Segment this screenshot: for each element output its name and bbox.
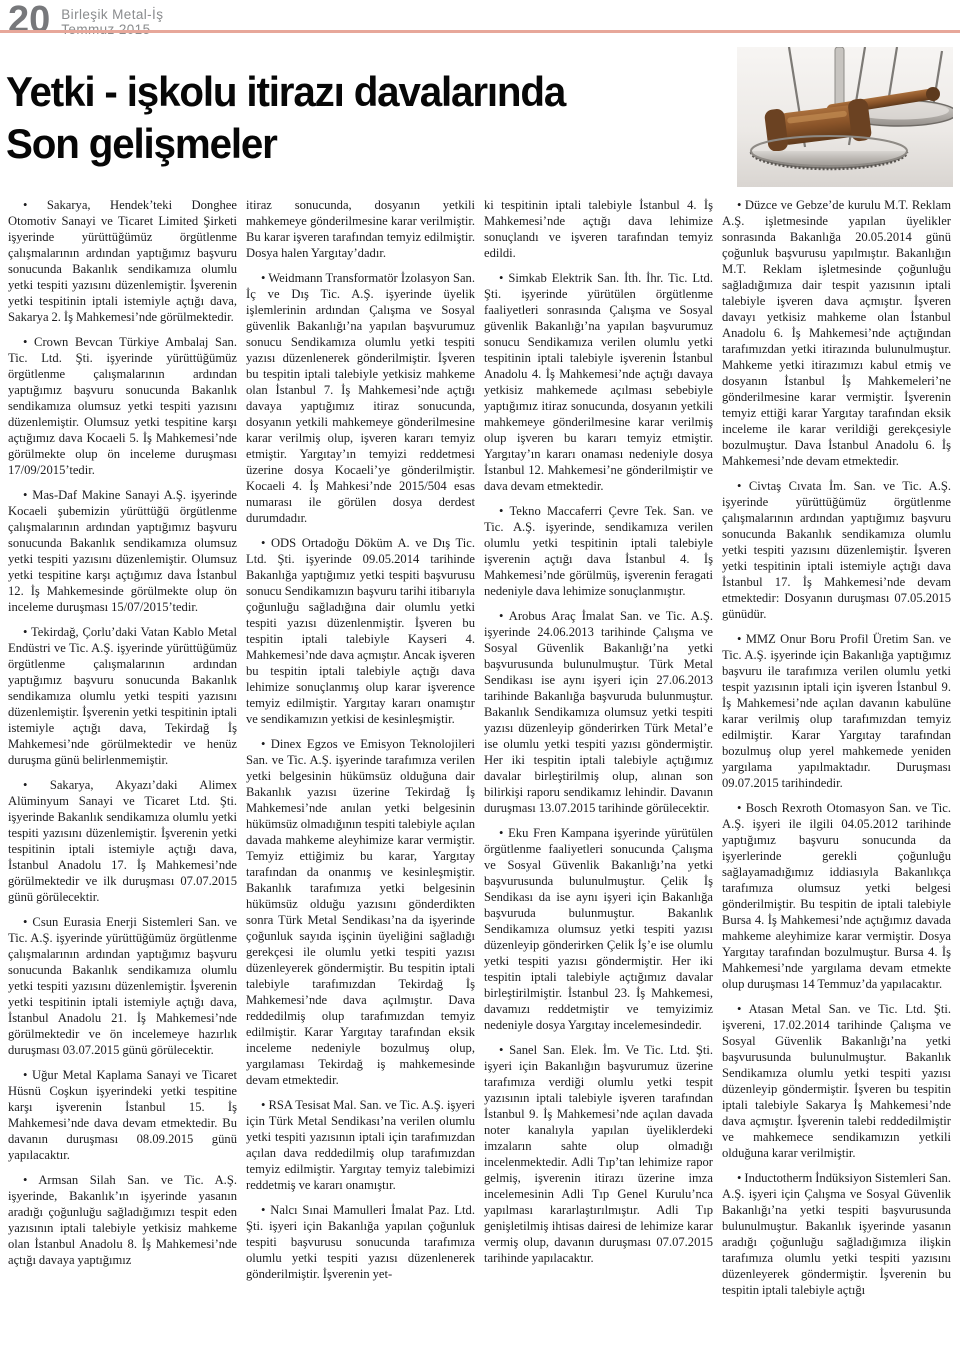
- article-paragraph: • Csun Eurasia Enerji Sistemleri San. ve…: [8, 914, 237, 1058]
- text-column-1: • Sakarya, Hendek’teki Donghee Otomotiv …: [8, 197, 237, 1346]
- article-paragraph: • Tekno Maccaferri Çevre Tek. San. ve Ti…: [484, 503, 713, 599]
- article-paragraph: • Bosch Rexroth Otomasyon San. ve Tic. A…: [722, 800, 951, 992]
- justice-scales-photo: [737, 47, 953, 187]
- article-paragraph: • RSA Tesisat Mal. San. ve Tic. A.Ş. işy…: [246, 1097, 475, 1193]
- article-paragraph: ki tespitinin iptali talebiyle İstanbul …: [484, 197, 713, 261]
- article-paragraph: • Nalcı Sınai Mamulleri İmalat Paz. Ltd.…: [246, 1202, 475, 1282]
- article-paragraph: • MMZ Onur Boru Profil Üretim San. ve Ti…: [722, 631, 951, 791]
- article-paragraph: • Düzce ve Gebze’de kurulu M.T. Reklam A…: [722, 197, 951, 469]
- article-paragraph: • Atasan Metal San. ve Tic. Ltd. Şti. iş…: [722, 1001, 951, 1161]
- article-paragraph: • Eku Fren Kampana işyerinde yürütülen ö…: [484, 825, 713, 1033]
- publication-name: Birleşik Metal-İş: [61, 7, 163, 22]
- text-column-4: • Düzce ve Gebze’de kurulu M.T. Reklam A…: [722, 197, 951, 1346]
- article-paragraph: • Armsan Silah San. ve Tic. A.Ş. işyerin…: [8, 1172, 237, 1268]
- article-paragraph: • Tekirdağ, Çorlu’daki Vatan Kablo Metal…: [8, 624, 237, 768]
- header-rule: [0, 30, 960, 33]
- article-paragraph: itiraz sonucunda, dosyanın yetkili mahke…: [246, 197, 475, 261]
- article-paragraph: • Civtaş Cıvata İm. San. ve Tic. A.Ş. iş…: [722, 478, 951, 622]
- article-paragraph: • Simkab Elektrik San. İth. İhr. Tic. Lt…: [484, 270, 713, 494]
- headline-line-2: Son gelişmeler: [6, 118, 736, 170]
- text-column-3: ki tespitinin iptali talebiyle İstanbul …: [484, 197, 713, 1346]
- article-paragraph: • Uğur Metal Kaplama Sanayi ve Ticaret H…: [8, 1067, 237, 1163]
- article-paragraph: • Inductotherm İndüksiyon Sistemleri San…: [722, 1170, 951, 1298]
- article-paragraph: • Sakarya, Akyazı’daki Alimex Alüminyum …: [8, 777, 237, 905]
- article-paragraph: • Weidmann Transformatör İzolasyon San. …: [246, 270, 475, 526]
- article-paragraph: • Mas-Daf Makine Sanayi A.Ş. işyerinde K…: [8, 487, 237, 615]
- headline-line-1: Yetki - işkolu itirazı davalarında: [6, 66, 736, 118]
- article-paragraph: • Sanel San. Elek. İm. Ve Tic. Ltd. Şti.…: [484, 1042, 713, 1266]
- text-column-2: itiraz sonucunda, dosyanın yetkili mahke…: [246, 197, 475, 1346]
- article-body: • Sakarya, Hendek’teki Donghee Otomotiv …: [8, 197, 952, 1346]
- article-paragraph: • Arobus Araç İmalat San. ve Tic. A.Ş. i…: [484, 608, 713, 816]
- page-title: Yetki - işkolu itirazı davalarında Son g…: [6, 66, 736, 170]
- justice-scales-illustration: [737, 47, 953, 187]
- article-paragraph: • Dinex Egzos ve Emisyon Teknolojileri S…: [246, 736, 475, 1088]
- scale-column: [835, 47, 844, 111]
- article-paragraph: • ODS Ortadoğu Döküm A. ve Dış Tic. Ltd.…: [246, 535, 475, 727]
- article-paragraph: • Sakarya, Hendek’teki Donghee Otomotiv …: [8, 197, 237, 325]
- article-paragraph: • Crown Bevcan Türkiye Ambalaj San. Tic.…: [8, 334, 237, 478]
